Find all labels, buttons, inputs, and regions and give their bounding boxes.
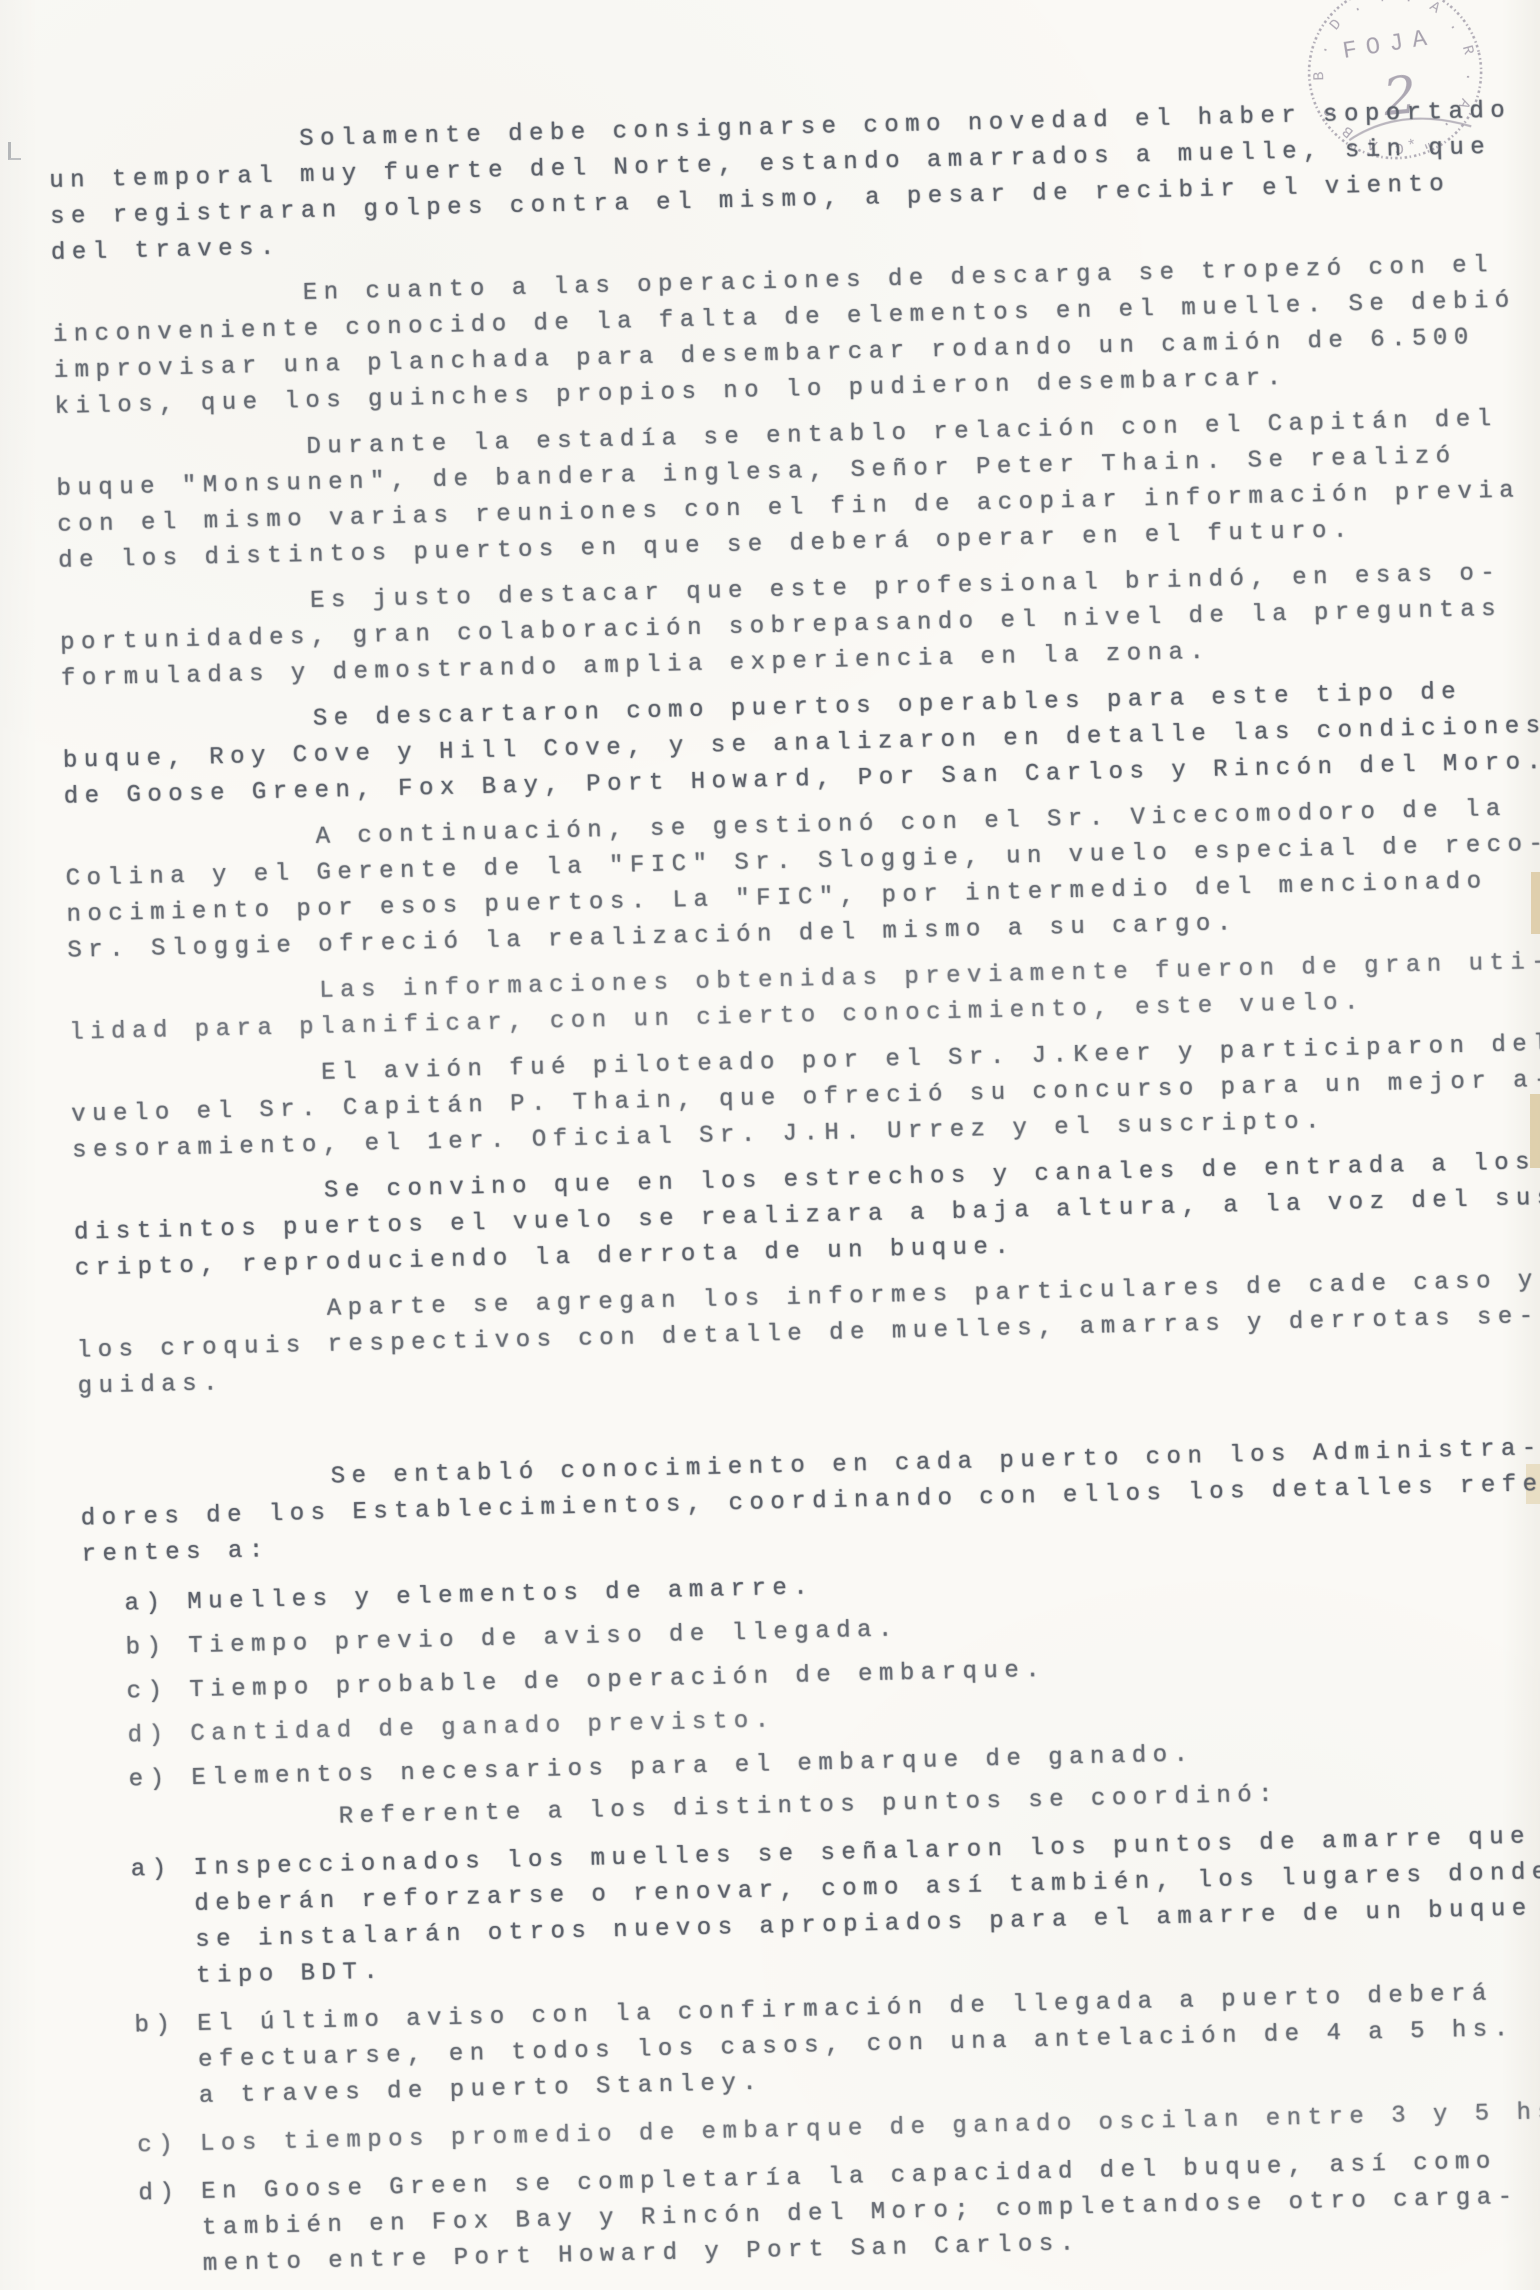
scan-mark-artifact	[8, 142, 21, 160]
paragraph-low-altitude-flight: Se convino que en los estrechos y canale…	[73, 1144, 1540, 1287]
paragraph-flight-crew: El avión fué piloteado por el Sr. J.Keer…	[70, 1026, 1540, 1169]
coordination-item-a: a) Inspeccionados los muelles se señalar…	[89, 1818, 1540, 1997]
stamp-foja-label: FOJA	[1341, 25, 1438, 66]
paragraph-captain-monsunen: Durante la estadía se entablo relación c…	[55, 401, 1540, 580]
paragraph-administrators: Se entabló conocimiento en cada puerto c…	[80, 1430, 1540, 1573]
document-body: Solamente debe consignarse como novedad …	[48, 93, 1540, 2286]
paragraph-professional-praise: Es justo destacar que este profesional b…	[59, 555, 1540, 698]
coordination-item-b: b) El último aviso con la confirmación d…	[92, 1974, 1540, 2117]
paragraph-attached-reports: Aparte se agregan los informes particula…	[76, 1262, 1540, 1405]
paragraph-reconnaissance-flight: A continuación, se gestionó con el Sr. V…	[64, 790, 1540, 969]
paragraph-ports-discarded: Se descartaron como puertos operables pa…	[62, 672, 1540, 815]
paragraph-unloading-ops: En cuanto a las operaciones de descarga …	[52, 247, 1540, 426]
